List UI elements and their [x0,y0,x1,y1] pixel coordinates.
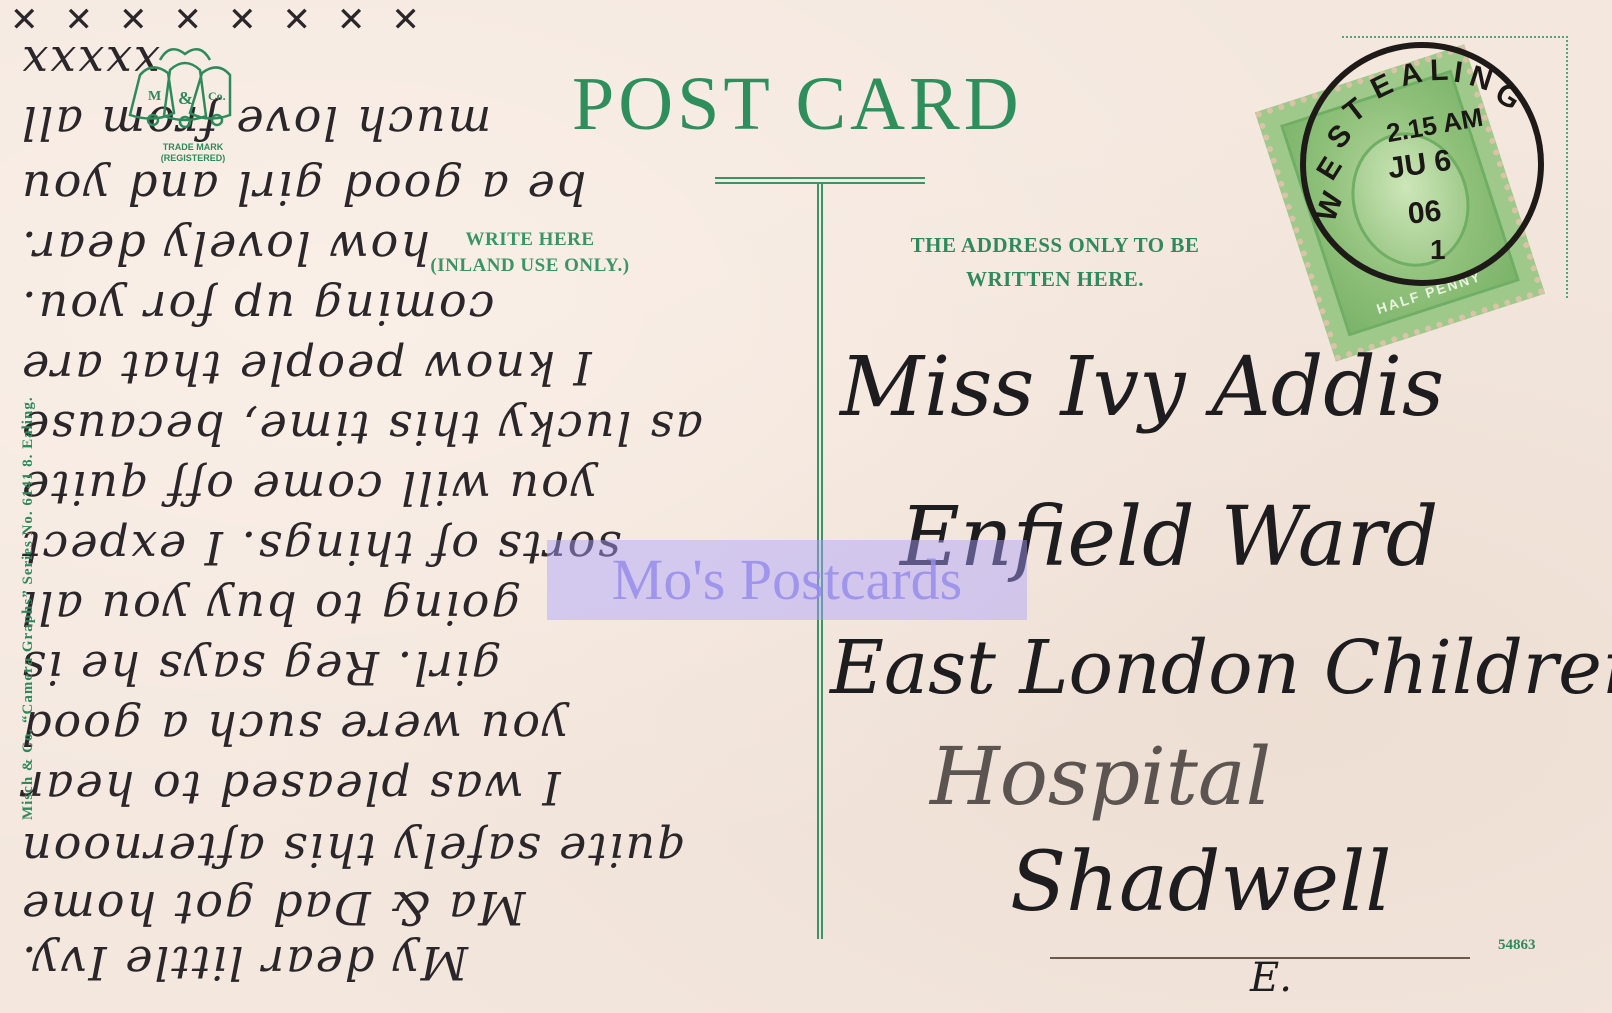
message-line: going to buy you all [20,581,521,635]
message-area-label: WRITE HERE (INLAND USE ONLY.) [380,227,680,279]
registered-label: (REGISTERED) [138,153,248,164]
postcard-back: My dear little Ivy. Ma & Dad got home qu… [0,0,1612,1013]
svg-text:M: M [148,89,161,104]
svg-text:&: & [178,88,193,108]
publisher-imprint: Misch & Co. “Camera Graphs” Series No. 6… [20,396,37,820]
postmark-code: 1 [1430,236,1446,264]
divider-top-line [715,177,925,179]
address-only-label: THE ADDRESS ONLY TO BE [845,228,1265,262]
trademark-logo: M & Co. TRADE MARK (REGISTERED) [120,30,250,170]
address-hospital: Hospital [930,730,1271,823]
address-hospital-name: East London Childrens [830,625,1612,711]
message-line: Ma & Dad got home [20,881,526,935]
write-here-label: WRITE HERE [380,227,680,253]
written-here-label: WRITTEN HERE. [845,262,1265,296]
trademark-label: TRADE MARK [138,142,248,153]
address-postal-district: E. [1250,955,1292,1001]
address-area-label: THE ADDRESS ONLY TO BE WRITTEN HERE. [845,228,1265,296]
inland-use-label: (INLAND USE ONLY.) [380,253,680,279]
message-line: you were such a good [20,701,568,755]
divider-top-line [715,182,925,184]
kisses-crosses: ✕✕✕✕✕✕✕✕ [10,0,446,40]
message-line: coming up for you. [20,281,494,335]
message-line: quite safely this afternoon [20,823,687,877]
postcard-title: POST CARD [572,66,1023,142]
serial-number: 54863 [1498,937,1536,954]
address-recipient: Miss Ivy Addis [840,340,1444,435]
message-line: My dear little Ivy. [20,936,468,990]
postmark-year: 06 [1407,196,1443,229]
message-line: as lucky this time, because [20,401,703,455]
watermark: Mo's Postcards [547,540,1027,620]
message-line: I know people that are [20,341,592,395]
message-line: you will come off quite [20,461,597,515]
address-underline [1050,957,1470,959]
message-line: sorts of things. I expect [20,521,621,575]
message-line: much love from all [20,96,491,150]
message-line: girl. Reg says he is [20,641,501,695]
message-line: I was pleased to hear [20,761,561,815]
address-district: Shadwell [1010,835,1392,930]
bells-icon: M & Co. [120,30,250,145]
message-line: be a good girl and you [20,161,586,215]
message-line: how lovely dear. [20,221,430,275]
svg-text:Co.: Co. [208,89,226,103]
